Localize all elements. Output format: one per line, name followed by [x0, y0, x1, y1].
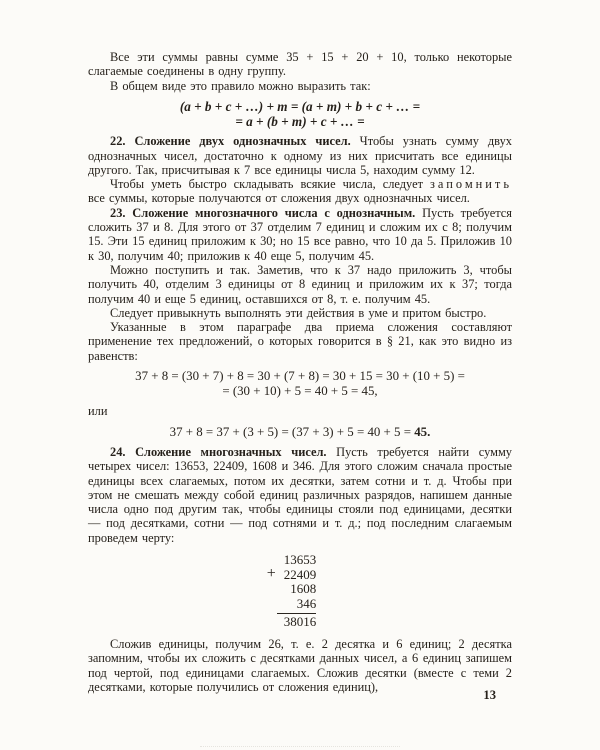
- paragraph-section23-practice: Следует привыкнуть выполнять эти действи…: [88, 306, 512, 320]
- equation-37-8-alt-main: 37 + 8 = 37 + (3 + 5) = (37 + 3) + 5 = 4…: [170, 425, 415, 439]
- paragraph-section22: 22. Сложение двух однозначных чисел. Что…: [88, 134, 512, 177]
- paragraph-section23: 23. Сложение многозначного числа с одноз…: [88, 206, 512, 263]
- addend-4: 346: [284, 597, 317, 612]
- section24-body: Пусть требуется найти сумму четырех чисе…: [88, 445, 512, 545]
- paragraph-section24: 24. Сложение многозначных чисел. Пусть т…: [88, 445, 512, 545]
- paragraph-general-rule-intro: В общем виде это правило можно выразить …: [88, 79, 512, 93]
- addend-3: 1608: [284, 582, 317, 597]
- equation-37-8-line1: 37 + 8 = (30 + 7) + 8 = 30 + (7 + 8) = 3…: [88, 369, 512, 384]
- section23-heading: 23. Сложение многозначного числа с одноз…: [110, 206, 415, 220]
- section24-heading: 24. Сложение многозначных чисел.: [110, 445, 327, 459]
- section22-spaced-word: запомнить: [430, 177, 512, 191]
- addition-sum: 38016: [284, 615, 317, 630]
- scan-artifact: [200, 746, 400, 747]
- plus-sign: +: [267, 567, 276, 582]
- equation-37-plus-8-second: 37 + 8 = 37 + (3 + 5) = (37 + 3) + 5 = 4…: [88, 425, 512, 440]
- equation-37-8-alt-result: 45.: [414, 425, 430, 439]
- column-addition-example: + 13653 22409 1608 346 38016: [284, 553, 317, 630]
- page-number: 13: [483, 688, 496, 703]
- formula-general-rule: (a + b + c + …) + m = (a + m) + b + c + …: [88, 99, 512, 129]
- paragraph-sums-equal: Все эти суммы равны сумме 35 + 15 + 20 +…: [88, 50, 512, 79]
- formula-general-line2: = a + (b + m) + c + … =: [88, 114, 512, 129]
- addend-1: 13653: [284, 553, 317, 568]
- paragraph-section22-memorize: Чтобы уметь быстро складывать всякие чис…: [88, 177, 512, 206]
- addend-2: 22409: [284, 568, 317, 583]
- book-page: Все эти суммы равны сумме 35 + 15 + 20 +…: [0, 0, 600, 750]
- equation-37-8-line2: = (30 + 10) + 5 = 40 + 5 = 45,: [88, 384, 512, 399]
- paragraph-section24-carrying: Сложив единицы, получим 26, т. е. 2 деся…: [88, 637, 512, 694]
- section22-p2-before: Чтобы уметь быстро складывать всякие чис…: [110, 177, 430, 191]
- or-word: или: [88, 404, 512, 418]
- paragraph-section23-alternative: Можно поступить и так. Заметив, что к 37…: [88, 263, 512, 306]
- formula-general-line1: (a + b + c + …) + m = (a + m) + b + c + …: [88, 99, 512, 114]
- equation-37-plus-8-first: 37 + 8 = (30 + 7) + 8 = 30 + (7 + 8) = 3…: [88, 369, 512, 399]
- paragraph-section23-reference: Указанные в этом параграфе два приема сл…: [88, 320, 512, 363]
- section22-heading: 22. Сложение двух однозначных чисел.: [110, 134, 351, 148]
- page-content: Все эти суммы равны сумме 35 + 15 + 20 +…: [88, 50, 512, 694]
- section22-p2-after: все суммы, которые получаются от сложени…: [88, 191, 470, 205]
